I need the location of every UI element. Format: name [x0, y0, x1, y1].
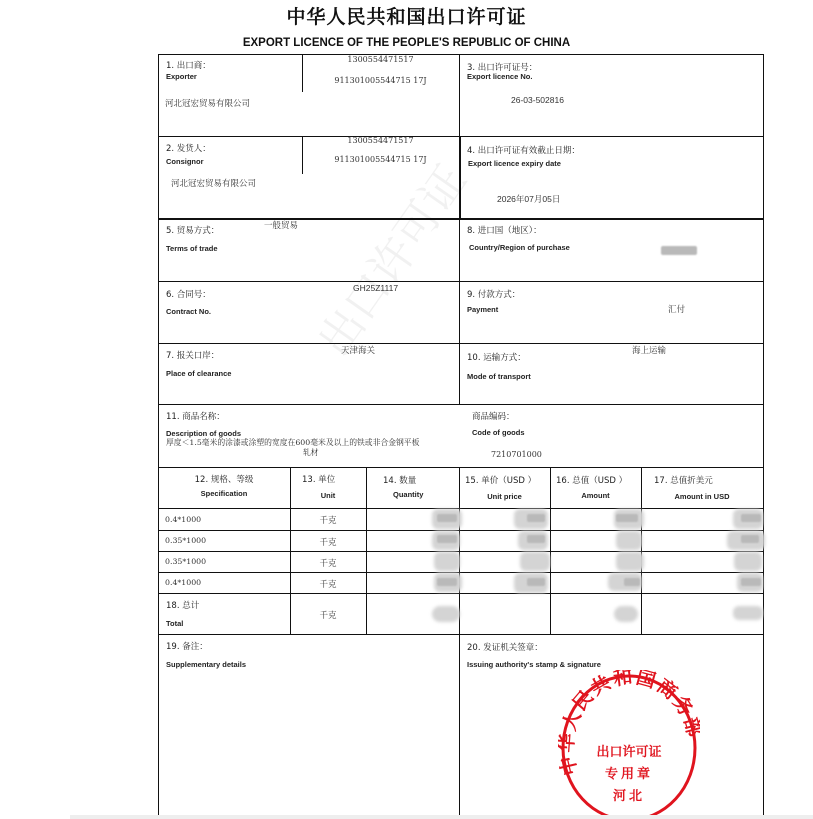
contract-label-en: Contract No.: [166, 307, 211, 316]
country-value-redacted: [661, 246, 697, 255]
payment-label-cn: 9. 付款方式：: [467, 288, 520, 300]
clearance-value: 天津海关: [341, 344, 375, 356]
expiry-value: 2026年07月05日: [497, 193, 560, 205]
header-quantity-cn: 14. 数量: [383, 474, 416, 486]
exporter-name: 河北冠宏贸易有限公司: [165, 97, 250, 109]
code-of-goods-value: 7210701000: [491, 450, 542, 459]
exporter-code: 911301005544715 17J: [302, 76, 459, 85]
payment-label-en: Payment: [467, 305, 498, 314]
terms-of-trade-label-cn: 5. 贸易方式：: [166, 224, 219, 236]
total-unit: 千克: [290, 609, 366, 621]
licence-no-label-en: Export licence No.: [467, 72, 532, 81]
transport-value: 海上运输: [632, 344, 666, 356]
header-unit-price-en: Unit price: [459, 492, 550, 501]
clearance-label-cn: 7. 报关口岸：: [166, 349, 219, 361]
header-unit-cn: 13. 单位: [302, 473, 335, 485]
transport-label-en: Mode of transport: [467, 372, 531, 381]
row-spec: 0.35*1000: [165, 536, 206, 545]
header-amount-en: Amount: [550, 491, 641, 500]
code-of-goods-label-cn: 商品编码：: [472, 410, 515, 422]
country-label-cn: 8. 进口国（地区）：: [467, 224, 542, 236]
header-amount-cn: 16. 总值（USD ）: [556, 474, 627, 486]
row-spec: 0.35*1000: [165, 557, 206, 566]
consignor-phone: 1300554471517: [302, 136, 459, 145]
exporter-label-cn: 1. 出口商：: [166, 59, 211, 71]
supplementary-label-en: Supplementary details: [166, 660, 246, 669]
expiry-label-en: Export licence expiry date: [468, 159, 561, 168]
terms-of-trade-value: 一般贸易: [264, 219, 298, 231]
consignor-code: 911301005544715 17J: [302, 155, 459, 164]
page-bottom-edge: [70, 815, 813, 819]
contract-label-cn: 6. 合同号：: [166, 288, 211, 300]
svg-text:中华人民共和国商务部: 中华人民共和国商务部: [558, 670, 700, 778]
authority-label-cn: 20. 发证机关签章：: [467, 641, 543, 653]
stamp-ring-text: 中华人民共和国商务部: [558, 670, 700, 778]
contract-value: GH25Z1117: [353, 283, 398, 293]
header-amount-usd-cn: 17. 总值折美元: [654, 474, 713, 486]
header-unit-price-cn: 15. 单价（USD ）: [465, 474, 536, 486]
row-spec: 0.4*1000: [165, 515, 201, 524]
row-unit: 千克: [290, 514, 366, 526]
clearance-label-en: Place of clearance: [166, 369, 231, 378]
expiry-label-cn: 4. 出口许可证有效截止日期：: [467, 144, 580, 156]
consignor-name: 河北冠宏贸易有限公司: [171, 177, 256, 189]
description-value-line2: 轧材: [303, 447, 319, 458]
document-title-cn: 中华人民共和国出口许可证: [0, 2, 813, 29]
consignor-label-cn: 2. 发货人：: [166, 142, 211, 154]
description-label-cn: 11. 商品名称：: [166, 410, 225, 422]
supplementary-label-cn: 19. 备注：: [166, 640, 208, 652]
exporter-label-en: Exporter: [166, 72, 197, 81]
row-unit: 千克: [290, 557, 366, 569]
authority-label-en: Issuing authority's stamp & signature: [467, 660, 601, 669]
terms-of-trade-label-en: Terms of trade: [166, 244, 218, 253]
code-of-goods-label-en: Code of goods: [472, 428, 525, 437]
consignor-label-en: Consignor: [166, 157, 204, 166]
exporter-phone: 1300554471517: [302, 55, 459, 64]
row-unit: 千克: [290, 578, 366, 590]
watermark: 出口许可证: [300, 150, 479, 367]
header-amount-usd-en: Amount in USD: [641, 492, 763, 501]
header-spec-en: Specification: [158, 489, 290, 498]
row-unit: 千克: [290, 536, 366, 548]
svg-text:河北: 河北: [613, 788, 645, 804]
row-spec: 0.4*1000: [165, 578, 201, 587]
header-unit-en: Unit: [290, 491, 366, 500]
header-spec-cn: 12. 规格、等级: [158, 473, 290, 485]
payment-value: 汇付: [668, 303, 685, 315]
country-label-en: Country/Region of purchase: [469, 243, 570, 252]
header-quantity-en: Quantity: [393, 490, 423, 499]
document-title-en: EXPORT LICENCE OF THE PEOPLE'S REPUBLIC …: [0, 37, 813, 49]
total-label-en: Total: [166, 619, 183, 628]
description-value-line1: 厚度＜1.5毫米的涂漆或涂塑的宽度在600毫米及以上的铁或非合金钢平板: [166, 437, 419, 448]
total-label-cn: 18. 总计: [166, 599, 199, 611]
svg-text:专用章: 专用章: [605, 766, 653, 782]
licence-no-value: 26-03-502816: [511, 95, 564, 105]
svg-text:出口许可证: 出口许可证: [596, 744, 661, 760]
transport-label-cn: 10. 运输方式：: [467, 351, 526, 363]
official-stamp-icon: 中华人民共和国商务部 出口许可证 专用章 河北: [558, 670, 700, 819]
